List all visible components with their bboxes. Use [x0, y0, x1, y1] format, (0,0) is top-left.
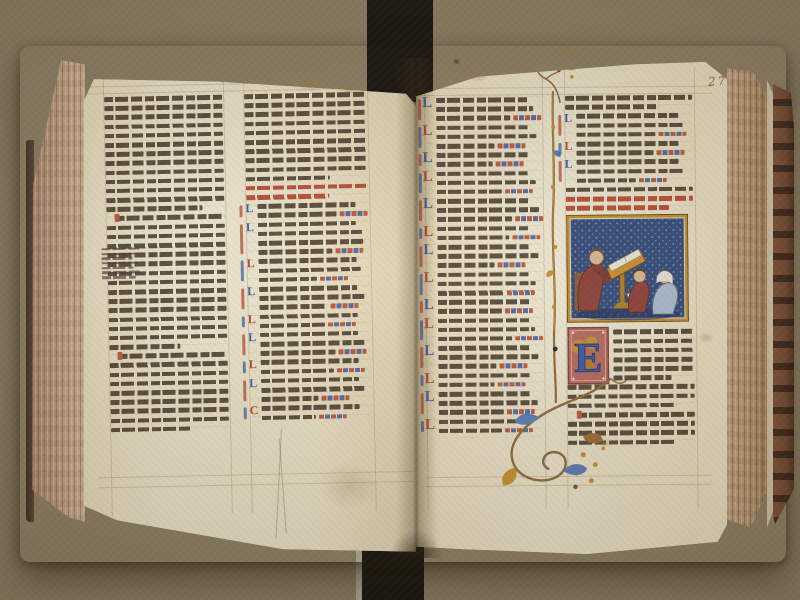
text-line — [576, 141, 678, 146]
text-line — [436, 116, 510, 121]
pen-flourish-icon — [419, 154, 422, 166]
text-line — [576, 122, 685, 128]
text-line — [260, 340, 364, 347]
right-page: 277 LLLLLLLLLLLLLL — [416, 62, 727, 554]
pen-flourish-icon — [419, 228, 422, 240]
text-line — [437, 152, 529, 157]
right-page-content: 277 LLLLLLLLLLLLLL — [416, 59, 731, 554]
chapter-initial: L — [423, 169, 433, 186]
chapter-entry: C — [251, 404, 373, 420]
text-line — [258, 239, 364, 246]
text-line — [116, 214, 225, 221]
svg-text:E: E — [574, 336, 602, 382]
chapter-entry: L — [427, 299, 543, 314]
left-page-column-2: LLLLLLLLC — [244, 92, 373, 425]
text-line — [613, 357, 694, 362]
text-line — [260, 350, 336, 356]
line-filler-icon — [507, 290, 535, 295]
chapter-entry: L — [427, 272, 543, 296]
left-page: .f. LLLLLLLLC — [84, 72, 416, 554]
text-line — [262, 404, 360, 411]
text-line — [437, 171, 529, 176]
rubric-line — [566, 205, 669, 210]
chapter-entry: L — [249, 331, 371, 357]
line-filler-icon — [328, 322, 356, 327]
text-line — [110, 379, 228, 386]
text-line — [259, 277, 317, 283]
pen-flourish-icon — [420, 301, 423, 313]
chapter-entry: L — [426, 198, 542, 222]
text-line — [104, 104, 222, 111]
text-line — [565, 95, 692, 101]
text-line — [436, 106, 533, 111]
right-col2-chapter-list: LLL — [565, 95, 693, 211]
chapter-initial: L — [422, 95, 432, 112]
pen-flourish-icon — [241, 288, 244, 309]
chapter-initial: L — [422, 123, 432, 140]
text-line — [577, 168, 685, 174]
line-filler-icon — [656, 150, 684, 155]
text-line — [245, 119, 367, 126]
pilcrow-mark — [115, 214, 120, 222]
line-filler-icon — [639, 178, 667, 183]
pen-flourish-icon — [419, 173, 422, 194]
text-line — [565, 104, 658, 109]
text-line — [110, 370, 228, 377]
foredge-right-pages — [726, 68, 771, 528]
chapter-entry: L — [426, 152, 542, 167]
text-line — [258, 221, 356, 228]
text-line — [261, 377, 359, 384]
chapter-initial: L — [424, 343, 434, 360]
chapter-initial: L — [423, 242, 433, 259]
chapter-initial: L — [564, 139, 572, 154]
chapter-entry: L — [247, 220, 370, 255]
chapter-entry: L — [426, 244, 542, 268]
text-line — [437, 180, 536, 185]
text-line — [106, 168, 224, 175]
text-line — [105, 159, 223, 166]
pen-flourish-icon — [419, 200, 422, 221]
text-line — [257, 202, 355, 209]
binding-edge-right — [773, 84, 794, 524]
chapter-initial: L — [248, 312, 256, 327]
text-line — [245, 138, 367, 145]
text-line — [260, 312, 358, 319]
miniature-illustration — [566, 214, 689, 323]
manuscript-photo: .f. LLLLLLLLC 277 — [0, 0, 800, 600]
text-line — [107, 233, 225, 240]
line-filler-icon — [515, 336, 543, 341]
pen-flourish-icon — [239, 206, 242, 218]
pen-flourish-icon — [243, 380, 246, 401]
chapter-initial: L — [424, 270, 434, 287]
line-filler-icon — [497, 143, 525, 148]
pen-flourish-icon — [421, 421, 424, 433]
line-filler-icon — [513, 115, 541, 120]
text-line — [437, 198, 529, 203]
chapter-entry: L — [249, 312, 371, 328]
text-line — [577, 150, 654, 155]
text-line — [576, 113, 678, 118]
text-line — [437, 244, 529, 249]
text-line — [613, 348, 694, 353]
chapter-initial: L — [423, 150, 433, 167]
chapter-initial: L — [424, 297, 434, 314]
pen-flourish-icon — [242, 334, 245, 355]
text-line — [259, 257, 357, 264]
text-line — [108, 269, 226, 276]
text-line — [258, 230, 362, 237]
text-line — [436, 143, 494, 148]
text-line — [107, 223, 225, 230]
chapter-initial: C — [250, 403, 259, 418]
text-line — [108, 278, 226, 285]
text-line — [110, 361, 228, 368]
text-line — [111, 407, 229, 414]
text-line — [437, 226, 529, 231]
text-line — [111, 416, 229, 423]
line-filler-icon — [337, 367, 365, 372]
left-page-content: .f. LLLLLLLLC — [84, 66, 426, 555]
chapter-entry: L — [248, 257, 370, 283]
chapter-initial: L — [249, 358, 257, 373]
chapter-entry: L — [250, 358, 372, 374]
text-line — [437, 217, 512, 222]
text-line — [438, 345, 530, 350]
text-line — [436, 125, 528, 130]
text-line — [613, 366, 694, 371]
pen-flourish-icon — [242, 316, 245, 328]
text-line — [106, 196, 224, 203]
text-line — [566, 187, 693, 193]
text-line — [105, 141, 223, 148]
text-line — [437, 253, 538, 258]
chapter-entry: L — [425, 125, 541, 149]
chapter-initial: L — [246, 256, 254, 271]
line-filler-icon — [499, 364, 527, 369]
text-line — [260, 322, 326, 328]
text-line — [576, 132, 655, 137]
text-line — [108, 297, 226, 304]
text-line — [107, 251, 225, 258]
chapter-entry: L — [426, 226, 542, 241]
pen-flourish-icon — [240, 224, 243, 254]
text-line — [106, 187, 224, 194]
text-line — [246, 165, 368, 172]
text-line — [613, 338, 694, 343]
chapter-initial: L — [424, 316, 434, 333]
pen-flourish-icon — [558, 143, 561, 155]
pen-flourish-icon — [420, 274, 423, 295]
rubric-line — [246, 194, 329, 200]
left-page-column-1 — [104, 95, 229, 437]
text-line — [110, 389, 228, 396]
text-line — [438, 299, 530, 304]
text-line — [105, 131, 223, 138]
line-filler-icon — [320, 276, 348, 281]
line-filler-icon — [495, 162, 523, 167]
text-line — [438, 327, 535, 332]
text-line — [436, 97, 528, 102]
text-line — [104, 95, 222, 102]
pilcrow-mark — [118, 352, 123, 360]
text-line — [577, 178, 636, 183]
line-filler-icon — [321, 395, 349, 400]
text-line — [245, 147, 367, 154]
text-line — [259, 285, 357, 292]
text-line — [436, 134, 536, 139]
text-line — [261, 386, 364, 393]
chapter-entry: L — [427, 318, 543, 342]
text-line — [259, 304, 327, 310]
line-filler-icon — [339, 349, 367, 354]
line-filler-icon — [513, 235, 541, 240]
pen-flourish-icon — [243, 362, 246, 374]
text-line — [109, 315, 227, 322]
text-line — [106, 177, 224, 184]
pen-flourish-icon — [420, 320, 423, 341]
chapter-initial: L — [248, 330, 256, 345]
text-line — [261, 396, 318, 402]
chapter-initial: L — [249, 376, 257, 391]
text-line — [437, 207, 539, 212]
text-line — [260, 331, 358, 338]
chapter-entry: L — [250, 376, 372, 402]
chapter-initial: L — [247, 284, 255, 299]
text-line — [109, 324, 227, 331]
pen-flourish-icon — [418, 99, 421, 120]
chapter-initial: L — [246, 220, 254, 235]
line-filler-icon — [330, 303, 358, 308]
chapter-initial: L — [245, 201, 253, 216]
pen-flourish-icon — [558, 115, 561, 136]
text-line — [110, 398, 228, 405]
text-line — [577, 159, 679, 164]
text-line — [259, 266, 361, 273]
parchment-crease — [279, 439, 287, 534]
chapter-initial: L — [423, 196, 433, 213]
line-filler-icon — [336, 248, 364, 253]
line-filler-icon — [515, 217, 543, 222]
text-line — [438, 336, 512, 341]
line-filler-icon — [505, 189, 533, 194]
column-vine-ornament-icon — [542, 91, 567, 403]
text-line — [245, 128, 367, 135]
line-filler-icon — [658, 132, 686, 137]
chapter-entry: L — [426, 171, 542, 195]
text-line — [438, 290, 504, 295]
pen-flourish-icon — [420, 375, 423, 387]
ruling-line — [98, 481, 413, 489]
text-line — [109, 334, 227, 341]
rubric-line — [246, 184, 368, 191]
text-line — [109, 344, 180, 350]
text-line — [106, 205, 202, 212]
text-line — [262, 414, 316, 420]
ruling-line — [98, 471, 413, 479]
text-line — [111, 426, 192, 432]
line-filler-icon — [339, 211, 367, 216]
text-line — [246, 175, 330, 181]
text-line — [613, 329, 694, 334]
chapter-entry: L — [565, 141, 692, 156]
text-line — [244, 92, 366, 99]
line-filler-icon — [497, 263, 525, 268]
pen-flourish-icon — [418, 127, 421, 148]
chapter-entry: L — [427, 345, 543, 369]
text-line — [119, 352, 228, 359]
text-line — [261, 358, 359, 365]
text-line — [438, 318, 530, 323]
text-line — [244, 110, 366, 117]
rubric-line — [566, 196, 693, 202]
text-line — [437, 263, 494, 268]
pen-flourish-icon — [244, 408, 247, 420]
text-line — [438, 309, 502, 314]
text-line — [438, 272, 530, 277]
chapter-entry: L — [566, 159, 693, 183]
line-filler-icon — [505, 308, 533, 313]
text-line — [107, 242, 225, 249]
chapter-entry: L — [246, 202, 368, 218]
text-line — [437, 235, 509, 240]
chapter-initial: L — [423, 224, 433, 241]
vine-ornament-bottom-icon — [432, 376, 629, 496]
chapter-initial: L — [565, 157, 573, 172]
text-line — [105, 122, 223, 129]
text-line — [259, 294, 365, 301]
text-line — [109, 306, 227, 313]
text-line — [258, 212, 337, 218]
text-line — [258, 249, 332, 255]
text-line — [105, 150, 223, 157]
text-line — [438, 281, 536, 286]
text-line — [245, 156, 367, 163]
line-filler-icon — [319, 414, 347, 419]
pen-flourish-icon — [419, 246, 422, 267]
text-line — [437, 189, 502, 194]
text-line — [438, 354, 538, 359]
pen-flourish-icon — [420, 347, 423, 368]
pen-flourish-icon — [559, 161, 562, 182]
pen-flourish-icon — [241, 261, 244, 282]
text-line — [108, 288, 226, 295]
pen-flourish-icon — [421, 393, 424, 414]
text-line — [438, 364, 496, 369]
chapter-entry: L — [248, 285, 370, 311]
chapter-entry: L — [425, 97, 541, 121]
chapter-entry: L — [565, 113, 692, 137]
text-line — [108, 260, 226, 267]
chapter-initial: L — [564, 111, 572, 126]
text-line — [104, 113, 222, 120]
text-line — [261, 368, 334, 374]
text-line — [244, 101, 366, 108]
text-line — [437, 162, 493, 167]
